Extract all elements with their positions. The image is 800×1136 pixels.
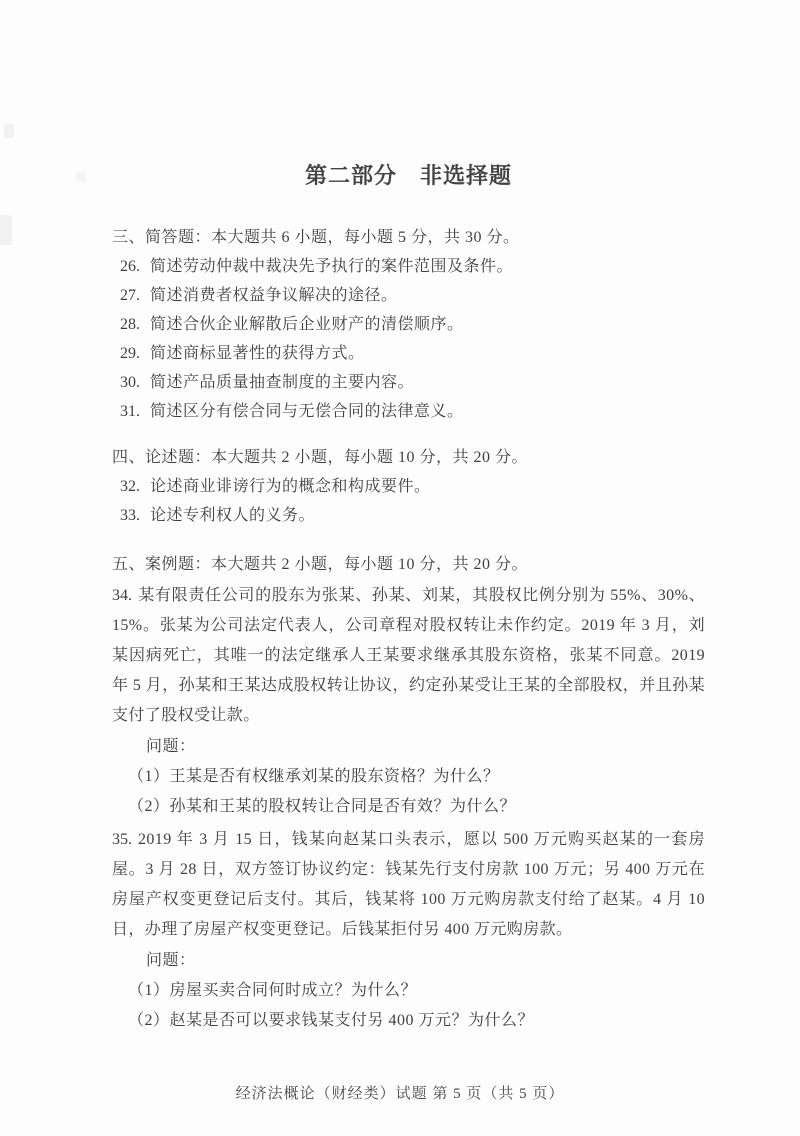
- question-number: 27.: [120, 281, 140, 310]
- case-34-prompt: 问题：: [112, 732, 705, 762]
- question-33: 33.论述专利权人的义务。: [112, 501, 705, 530]
- case-body-text: 2019 年 3 月 15 日，钱某向赵某口头表示，愿以 500 万元购买赵某的…: [112, 831, 705, 938]
- question-number: 34.: [112, 581, 132, 611]
- question-text: 论述专利权人的义务。: [150, 507, 315, 524]
- question-31: 31.简述区分有偿合同与无偿合同的法律意义。: [112, 397, 705, 426]
- question-27: 27.简述消费者权益争议解决的途径。: [112, 281, 705, 310]
- question-text: 简述产品质量抽查制度的主要内容。: [150, 374, 414, 391]
- section-heading-short-answer: 三、简答题：本大题共 6 小题，每小题 5 分，共 30 分。: [112, 223, 705, 252]
- question-29: 29.简述商标显著性的获得方式。: [112, 339, 705, 368]
- case-question-34: 34.某有限责任公司的股东为张某、孙某、刘某，其股权比例分别为 55%、30%、…: [112, 581, 705, 822]
- question-text: 简述商标显著性的获得方式。: [150, 345, 365, 362]
- question-number: 35.: [112, 825, 132, 855]
- question-number: 30.: [120, 368, 140, 397]
- question-28: 28.简述合伙企业解散后企业财产的清偿顺序。: [112, 310, 705, 339]
- case-35-text: 35.2019 年 3 月 15 日，钱某向赵某口头表示，愿以 500 万元购买…: [112, 825, 705, 945]
- question-number: 32.: [120, 472, 140, 501]
- question-number: 31.: [120, 397, 140, 426]
- page-content: 第二部分 非选择题 三、简答题：本大题共 6 小题，每小题 5 分，共 30 分…: [0, 160, 800, 1036]
- scan-speckle: [4, 124, 14, 138]
- section-heading-essay: 四、论述题：本大题共 2 小题，每小题 10 分，共 20 分。: [112, 443, 705, 472]
- page-title: 第二部分 非选择题: [112, 160, 705, 192]
- section-essay: 四、论述题：本大题共 2 小题，每小题 10 分，共 20 分。 32.论述商业…: [112, 443, 705, 530]
- question-number: 28.: [120, 310, 140, 339]
- case-35-subquestion-2: （2）赵某是否可以要求钱某支付另 400 万元？为什么？: [112, 1006, 705, 1036]
- question-number: 26.: [120, 252, 140, 281]
- question-text: 简述消费者权益争议解决的途径。: [150, 287, 398, 304]
- question-number: 29.: [120, 339, 140, 368]
- question-32: 32.论述商业诽谤行为的概念和构成要件。: [112, 472, 705, 501]
- question-number: 33.: [120, 501, 140, 530]
- section-case-study: 五、案例题：本大题共 2 小题，每小题 10 分，共 20 分。 34.某有限责…: [112, 550, 705, 1036]
- question-text: 论述商业诽谤行为的概念和构成要件。: [150, 478, 431, 495]
- question-text: 简述劳动仲裁中裁决先予执行的案件范围及条件。: [150, 258, 513, 275]
- section-short-answer: 三、简答题：本大题共 6 小题，每小题 5 分，共 30 分。 26.简述劳动仲…: [112, 223, 705, 426]
- case-34-subquestion-2: （2）孙某和王某的股权转让合同是否有效？为什么？: [112, 792, 705, 822]
- question-26: 26.简述劳动仲裁中裁决先予执行的案件范围及条件。: [112, 252, 705, 281]
- question-30: 30.简述产品质量抽查制度的主要内容。: [112, 368, 705, 397]
- case-body-text: 某有限责任公司的股东为张某、孙某、刘某，其股权比例分别为 55%、30%、15%…: [112, 587, 705, 724]
- case-35-prompt: 问题：: [112, 946, 705, 976]
- section-heading-case-study: 五、案例题：本大题共 2 小题，每小题 10 分，共 20 分。: [112, 550, 705, 579]
- case-34-text: 34.某有限责任公司的股东为张某、孙某、刘某，其股权比例分别为 55%、30%、…: [112, 581, 705, 731]
- case-34-subquestion-1: （1）王某是否有权继承刘某的股东资格？为什么？: [112, 762, 705, 792]
- question-text: 简述区分有偿合同与无偿合同的法律意义。: [150, 403, 464, 420]
- page-footer: 经济法概论（财经类）试题 第 5 页（共 5 页）: [0, 1079, 800, 1109]
- case-35-subquestion-1: （1）房屋买卖合同何时成立？为什么？: [112, 976, 705, 1006]
- exam-paper-page: 第二部分 非选择题 三、简答题：本大题共 6 小题，每小题 5 分，共 30 分…: [0, 0, 800, 1136]
- case-question-35: 35.2019 年 3 月 15 日，钱某向赵某口头表示，愿以 500 万元购买…: [112, 825, 705, 1036]
- question-text: 简述合伙企业解散后企业财产的清偿顺序。: [150, 316, 464, 333]
